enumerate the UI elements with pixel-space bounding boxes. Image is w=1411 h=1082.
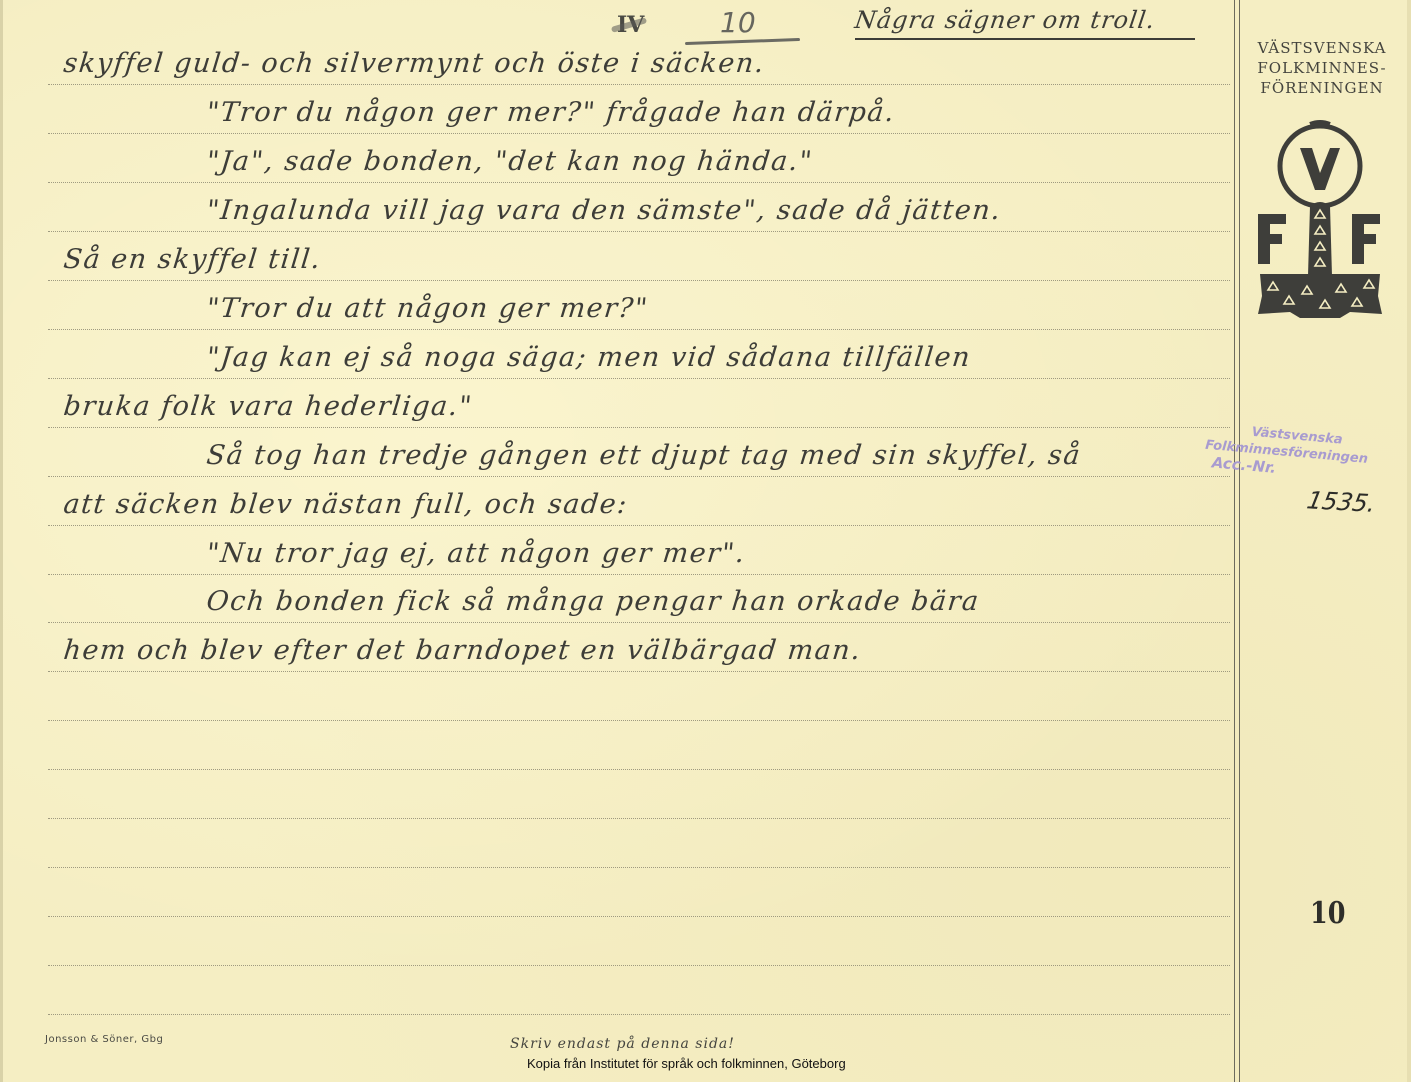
ruled-line — [48, 720, 1230, 721]
ruled-line — [48, 525, 1230, 526]
ruled-line — [48, 427, 1230, 428]
handwritten-line: bruka folk vara hederliga." — [62, 391, 474, 422]
handwritten-line: "Nu tror jag ej, att någon ger mer". — [205, 538, 747, 569]
ruled-line — [48, 671, 1230, 672]
ruled-line — [48, 916, 1230, 917]
manuscript-page: IV 10 Några sägner om troll. skyffel gul… — [0, 0, 1411, 1082]
handwritten-line: Så en skyffel till. — [62, 244, 323, 275]
ruled-line — [48, 769, 1230, 770]
margin-rule-right — [1239, 0, 1240, 1082]
handwritten-line: skyffel guld- och silvermynt och öste i … — [62, 48, 766, 79]
vff-hammer-logo-icon — [1252, 118, 1387, 328]
ruled-line — [48, 965, 1230, 966]
ruled-line — [48, 280, 1230, 281]
handwritten-line: "Tror du någon ger mer?" frågade han där… — [205, 97, 897, 128]
writing-instruction: Skriv endast på denna sida! — [510, 1036, 735, 1052]
ruled-line — [48, 84, 1230, 85]
page-number-underline — [685, 38, 800, 45]
ruled-line — [48, 622, 1230, 623]
org-name-line-2: FOLKMINNES- — [1252, 58, 1392, 78]
scan-left-edge — [0, 0, 3, 1082]
handwritten-line: "Ja", sade bonden, "det kan nog hända." — [205, 146, 815, 177]
struck-roman-numeral: IV — [617, 12, 644, 38]
handwritten-line: "Tror du att någon ger mer?" — [205, 293, 650, 324]
ruled-line — [48, 476, 1230, 477]
organization-name: VÄSTSVENSKA FOLKMINNES- FÖRENINGEN — [1252, 38, 1392, 98]
handwritten-line: Och bonden fick så många pengar han orka… — [205, 586, 981, 617]
handwritten-line: att säcken blev nästan full, och sade: — [62, 489, 630, 520]
handwritten-line: Så tog han tredje gången ett djupt tag m… — [205, 440, 1083, 471]
ruled-line — [48, 329, 1230, 330]
handwritten-line: "Jag kan ej så noga säga; men vid sådana… — [205, 342, 973, 373]
ruled-line — [48, 378, 1230, 379]
handwritten-line: hem och blev efter det barndopet en välb… — [62, 635, 863, 666]
org-name-line-3: FÖRENINGEN — [1252, 78, 1392, 98]
copy-credit: Kopia från Institutet för språk och folk… — [527, 1056, 846, 1071]
ruled-line — [48, 231, 1230, 232]
printed-page-number: 10 — [1310, 896, 1345, 931]
margin-rule-left — [1234, 0, 1235, 1082]
ruled-line — [48, 574, 1230, 575]
ruled-line — [48, 818, 1230, 819]
handwritten-line: "Ingalunda vill jag vara den sämste", sa… — [205, 195, 1003, 226]
title-underline — [855, 38, 1195, 40]
ruled-line — [48, 1014, 1230, 1015]
printer-imprint: Jonsson & Söner, Gbg — [45, 1034, 163, 1045]
ruled-line — [48, 182, 1230, 183]
ruled-line — [48, 133, 1230, 134]
handwritten-page-number: 10 — [720, 6, 756, 39]
ruled-line — [48, 867, 1230, 868]
scan-right-edge — [1407, 0, 1411, 1082]
accession-number: 1535. — [1305, 486, 1379, 518]
page-title: Några sägner om troll. — [853, 6, 1157, 34]
archive-stamp: Västsvenska Folkminnesföreningen Acc.-Nr… — [1203, 420, 1397, 487]
org-name-line-1: VÄSTSVENSKA — [1252, 38, 1392, 58]
